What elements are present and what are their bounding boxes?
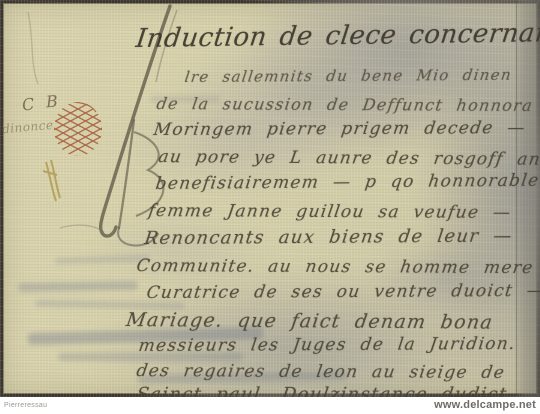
margin-scribble <box>28 12 38 84</box>
manuscript-line: Curatrice de ses ou ventre duoict — <box>145 281 540 303</box>
manuscript-line: femme Janne guillou sa veufue — <box>147 201 513 223</box>
watermark-bar: Pierreressau www.delcampe.net <box>0 397 540 414</box>
manuscript-line: Renoncants aux biens de leur — <box>143 225 514 249</box>
manuscript-line: Communite. au nous se homme mere <box>135 256 535 278</box>
manuscript-line: au pore ye L aunre des rosgoff an vn— <box>157 147 540 170</box>
red-hatch-seal <box>50 94 106 164</box>
margin-side-note: dinonce <box>1 118 54 136</box>
manuscript-line: lre sallemnits du bene Mio dinen <box>184 66 514 86</box>
margin-initial-c: C <box>21 94 36 115</box>
yellow-ink-mark <box>43 160 60 201</box>
manuscript-line: de la sucussion de Deffunct honnora <box>155 94 534 115</box>
manuscript-photo: C B dinonce Induction de clece concernan… <box>0 0 540 397</box>
paraph-b-spine <box>119 120 134 228</box>
screenshot-root: C B dinonce Induction de clece concernan… <box>0 0 540 414</box>
margin-scribble <box>60 225 104 232</box>
manuscript-line: benefisiairemem — p qo honnorable — <box>154 170 540 194</box>
page-edge-fold <box>514 0 540 397</box>
manuscript-title-line: Induction de clece concernance <box>134 18 540 54</box>
manuscript-line: des regaires de leon au sieige de <box>135 361 506 383</box>
site-watermark: www.delcampe.net <box>434 399 536 411</box>
seller-watermark: Pierreressau <box>4 402 47 409</box>
manuscript-line: Mariage. que faict denam bona <box>125 309 495 334</box>
manuscript-line: Moringem pierre prigem decede — <box>152 118 527 140</box>
manuscript-line: Sainct paul, Doulzinstance dudict <box>135 384 509 397</box>
margin-initial-b: B <box>45 92 58 112</box>
ink-bleed-smudge <box>18 281 138 292</box>
ink-bleed-smudge <box>55 254 150 264</box>
manuscript-line: messieurs les Juges de la Juridion. <box>137 334 517 356</box>
